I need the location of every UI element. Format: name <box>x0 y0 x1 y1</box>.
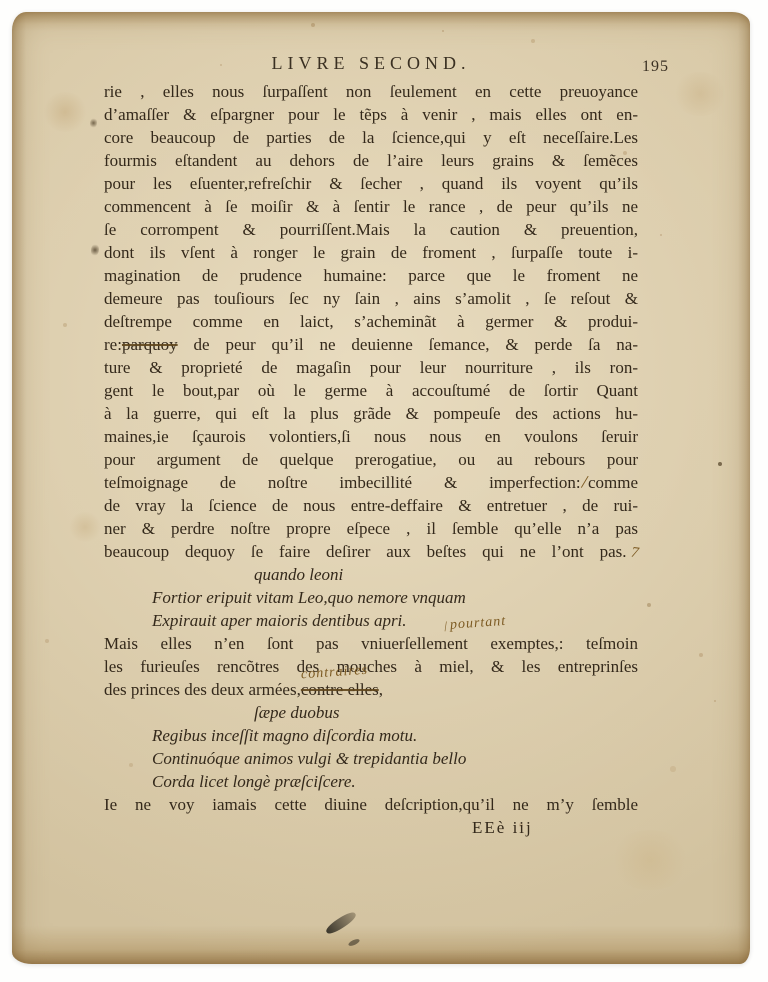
verse-line: quando leoni <box>104 563 638 586</box>
text-line-with-strikethrough: re:parquoy de peur qu’il ne deuienne ſem… <box>104 333 638 356</box>
running-header: LIVRE SECOND. 195 <box>104 52 638 78</box>
gathering-signature: EEè iij <box>104 816 638 839</box>
text-line: ſe corrompent & pourriſſent.Mais la caut… <box>104 218 638 241</box>
text-line: d’amaſſer & eſpargner pour le tẽps à ven… <box>104 103 638 126</box>
text-line-with-hand-mark: teſmoignage de noſtre imbecillité & impe… <box>104 471 638 494</box>
text-line: core beaucoup de parties de la ſcience,q… <box>104 126 638 149</box>
text-line: deſtrempe comme en laict, s’acheminãt à … <box>104 310 638 333</box>
correction-wrapper: contre ellescontraires <box>301 680 379 699</box>
text-line: pour les eſuenter,refreſchir & ſecher , … <box>104 172 638 195</box>
ink-fleck <box>718 462 722 466</box>
struck-words-contre-elles: contre elles <box>301 680 379 699</box>
verse-line: Expirauit aper maioris dentibus apri. <box>104 609 638 632</box>
stain <box>68 512 102 542</box>
line-segment: Mais elles n’en ſont pas vniuerſellement… <box>104 634 638 653</box>
line-segment: teſmoignage de noſtre imbecillité & impe… <box>104 473 581 492</box>
page-number: 195 <box>642 55 669 78</box>
insertion-caret: | <box>443 619 449 633</box>
line-segment: beaucoup dequoy ſe faire deſirer aux beſ… <box>104 542 627 561</box>
struck-word-parquoy: parquoy <box>122 335 178 354</box>
text-line: rie , elles nous ſurpaſſent non ſeulemen… <box>104 80 638 103</box>
text-line: fourmis eſtandent au dehors de l’aire le… <box>104 149 638 172</box>
ink-smudge <box>348 938 361 948</box>
ink-fleck <box>91 244 99 256</box>
text-line: commencent à ſe moiſir & à ſentir le ran… <box>104 195 638 218</box>
verse-line: Corda licet longè præſciſcere. <box>104 770 638 793</box>
text-line-with-hand-mark: beaucoup dequoy ſe faire deſirer aux beſ… <box>104 540 638 563</box>
text-line: maines,ie ſçaurois volontiers,ſi nous no… <box>104 425 638 448</box>
text-block: LIVRE SECOND. 195 rie , elles nous ſurpa… <box>104 52 638 839</box>
text-line: magination de prudence humaine: parce qu… <box>104 264 638 287</box>
verse-line: Continuóque animos vulgi & trepidantia b… <box>104 747 638 770</box>
text-line: à la guerre, qui eſt la plus grãde & pom… <box>104 402 638 425</box>
header-title: LIVRE SECOND. <box>272 53 471 73</box>
paper-freckles <box>12 12 14 14</box>
text-line: de vray la ſcience de nous entre-deffair… <box>104 494 638 517</box>
stain <box>42 92 88 132</box>
line-segment: , <box>379 680 383 699</box>
stain <box>672 72 728 116</box>
line-segment: re: <box>104 335 122 354</box>
ink-smudge <box>324 910 358 937</box>
text-line: les furieuſes rencõtres des mouches à mi… <box>104 655 638 678</box>
text-line-with-correction: des princes des deux armées,contre elles… <box>104 678 638 701</box>
text-line: ner & perdre noſtre propre eſpece , il ſ… <box>104 517 638 540</box>
scanned-book-page: LIVRE SECOND. 195 rie , elles nous ſurpa… <box>0 0 768 982</box>
line-segment: comme <box>588 473 638 492</box>
text-line: Ie ne voy iamais cette diuine deſcriptio… <box>104 793 638 816</box>
text-line: demeure pas touſiours ſec ny ſain , ains… <box>104 287 638 310</box>
text-line: ture & proprieté de magaſin pour leur no… <box>104 356 638 379</box>
stain <box>608 830 692 890</box>
text-line: pour argument de quelque prerogatiue, ou… <box>104 448 638 471</box>
text-line: gent le bout,par où le germe à accouſtum… <box>104 379 638 402</box>
verse-line: Regibus inceſſit magno diſcordia motu. <box>104 724 638 747</box>
line-segment: de peur qu’il ne deuienne ſemance, & per… <box>178 335 638 354</box>
verse-line: ſæpe duobus <box>104 701 638 724</box>
handwritten-end-mark: 7 <box>629 542 639 566</box>
line-segment: des princes des deux armées, <box>104 680 301 699</box>
text-line-with-annotation: Mais elles n’en ſont pas vniuerſellement… <box>104 632 638 655</box>
text-line: dont ils vſent à ronger le grain de from… <box>104 241 638 264</box>
ink-fleck <box>90 118 97 128</box>
verse-line: Fortior eripuit vitam Leo,quo nemore vnq… <box>104 586 638 609</box>
